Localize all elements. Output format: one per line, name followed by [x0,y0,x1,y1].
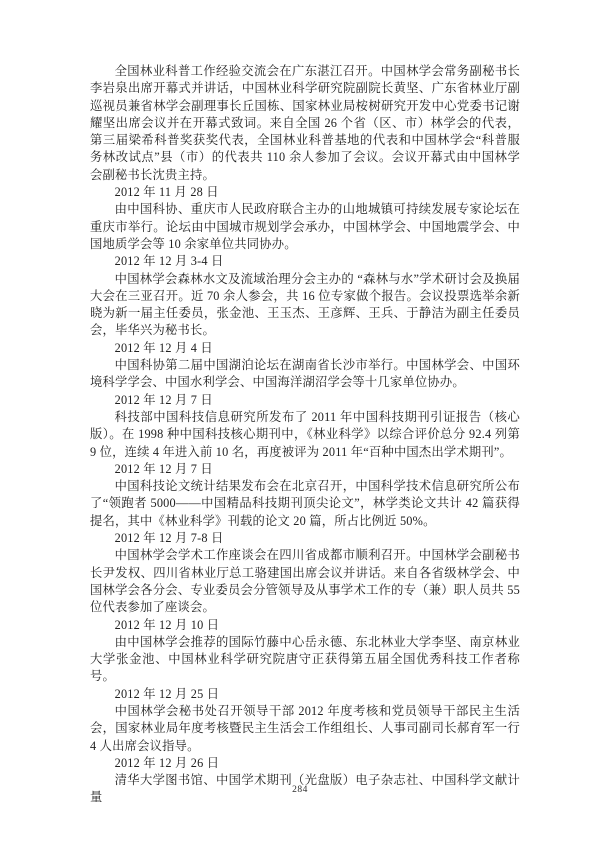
paragraph: 科技部中国科技信息研究所发布了 2011 年中国科技期刊引证报告（核心版）。在 … [90,409,520,461]
date-heading: 2012 年 12 月 10 日 [90,617,520,634]
date-heading: 2012 年 12 月 25 日 [90,686,520,703]
date-heading: 2012 年 11 月 28 日 [90,184,520,201]
document-page: 全国林业科普工作经验交流会在广东湛江召开。中国林学会常务副秘书长李岩泉出席开幕式… [0,0,600,848]
date-heading: 2012 年 12 月 7-8 日 [90,530,520,547]
paragraph: 中国林学会秘书处召开领导干部 2012 年度考核和党员领导干部民主生活会，国家林… [90,703,520,755]
paragraph: 由中国林学会推荐的国际竹藤中心岳永德、东北林业大学李坚、南京林业大学张金池、中国… [90,634,520,686]
paragraph: 中国林学会森林水文及流域治理分会主办的 “森林与水”学术研讨会及换届大会在三亚召… [90,271,520,340]
paragraph: 中国科技论文统计结果发布会在北京召开，中国科学技术信息研究所公布了“领跑者 50… [90,478,520,530]
paragraph: 由中国科协、重庆市人民政府联合主办的山地城镇可持续发展专家论坛在重庆市举行。论坛… [90,201,520,253]
paragraph: 中国林学会学术工作座谈会在四川省成都市顺利召开。中国林学会副秘书长尹发权、四川省… [90,547,520,616]
date-heading: 2012 年 12 月 3-4 日 [90,253,520,270]
page-content: 全国林业科普工作经验交流会在广东湛江召开。中国林学会常务副秘书长李岩泉出席开幕式… [90,63,520,807]
date-heading: 2012 年 12 月 7 日 [90,392,520,409]
page-number: 284 [0,785,600,795]
date-heading: 2012 年 12 月 4 日 [90,340,520,357]
paragraph: 全国林业科普工作经验交流会在广东湛江召开。中国林学会常务副秘书长李岩泉出席开幕式… [90,63,520,184]
date-heading: 2012 年 12 月 26 日 [90,755,520,772]
date-heading: 2012 年 12 月 7 日 [90,461,520,478]
paragraph: 中国科协第二届中国湖泊论坛在湖南省长沙市举行。中国林学会、中国环境科学学会、中国… [90,357,520,392]
